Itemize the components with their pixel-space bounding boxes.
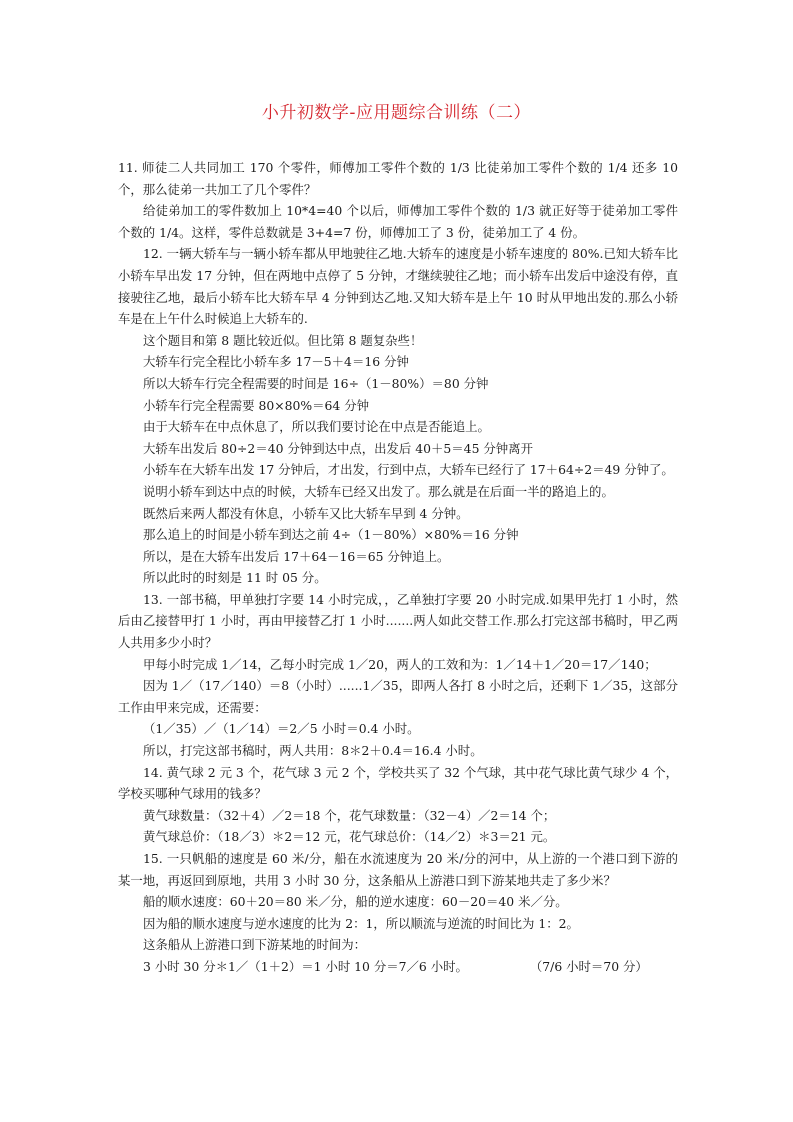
solution-line: 因为船的顺水速度与逆水速度的比为 2：1，所以顺流与逆流的时间比为 1：2。 — [118, 913, 678, 935]
problem-14-question: 14. 黄气球 2 元 3 个，花气球 3 元 2 个，学校共买了 32 个气球… — [118, 762, 678, 805]
solution-line: 3 小时 30 分＊1／（1＋2）＝1 小时 10 分＝7／6 小时。 （7/6… — [118, 956, 678, 978]
solution-line: 船的顺水速度：60＋20＝80 米／分，船的逆水速度：60－20＝40 米／分。 — [118, 891, 678, 913]
solution-line: 说明小轿车到达中点的时候，大轿车已经又出发了。那么就是在后面一半的路追上的。 — [118, 481, 678, 503]
solution-line: 小轿车行完全程需要 80×80%＝64 分钟 — [118, 395, 678, 417]
solution-line: 黄气球数量：（32＋4）／2＝18 个，花气球数量：（32－4）／2＝14 个； — [118, 805, 678, 827]
solution-line: 既然后来两人都没有休息，小轿车又比大轿车早到 4 分钟。 — [118, 503, 678, 525]
solution-line: 所以，是在大轿车出发后 17＋64－16＝65 分钟追上。 — [118, 546, 678, 568]
solution-line: 因为 1／（17／140）＝8（小时）......1／35，即两人各打 8 小时… — [118, 675, 678, 718]
solution-line: 所以，打完这部书稿时，两人共用：8＊2＋0.4＝16.4 小时。 — [118, 740, 678, 762]
problem-13-question: 13. 一部书稿，甲单独打字要 14 小时完成，，乙单独打字要 20 小时完成.… — [118, 589, 678, 654]
solution-line: 小轿车在大轿车出发 17 分钟后，才出发，行到中点，大轿车已经行了 17＋64÷… — [118, 459, 678, 481]
solution-line: 大轿车行完全程比小轿车多 17－5＋4＝16 分钟 — [118, 351, 678, 373]
solution-line: 这条船从上游港口到下游某地的时间为： — [118, 934, 678, 956]
problem-11-solution: 给徒弟加工的零件数加上 10*4=40 个以后，师傅加工零件个数的 1/3 就正… — [118, 200, 678, 243]
solution-line: 所以大轿车行完全程需要的时间是 16÷（1－80%）＝80 分钟 — [118, 373, 678, 395]
solution-line: 黄气球总价：（18／3）＊2＝12 元，花气球总价：（14／2）＊3＝21 元。 — [118, 826, 678, 848]
solution-line: （1／35）／（1／14）＝2／5 小时＝0.4 小时。 — [118, 718, 678, 740]
problem-12-question: 12. 一辆大轿车与一辆小轿车都从甲地驶往乙地.大轿车的速度是小轿车速度的 80… — [118, 243, 678, 329]
solution-line: 大轿车出发后 80÷2＝40 分钟到达中点，出发后 40＋5＝45 分钟离开 — [118, 438, 678, 460]
problem-11-question: 11. 师徒二人共同加工 170 个零件，师傅加工零件个数的 1/3 比徒弟加工… — [118, 157, 678, 200]
problem-15-question: 15. 一只帆船的速度是 60 米/分，船在水流速度为 20 米/分的河中，从上… — [118, 848, 678, 891]
document-title: 小升初数学-应用题综合训练（二） — [0, 101, 793, 125]
solution-line: 这个题目和第 8 题比较近似。但比第 8 题复杂些！ — [118, 330, 678, 352]
document-page: 小升初数学-应用题综合训练（二） 11. 师徒二人共同加工 170 个零件，师傅… — [0, 0, 793, 1122]
solution-line: 甲每小时完成 1／14，乙每小时完成 1／20，两人的工效和为：1／14＋1／2… — [118, 654, 678, 676]
solution-line: 由于大轿车在中点休息了，所以我们要讨论在中点是否能追上。 — [118, 416, 678, 438]
solution-line: 那么追上的时间是小轿车到达之前 4÷（1－80%）×80%＝16 分钟 — [118, 524, 678, 546]
document-body: 11. 师徒二人共同加工 170 个零件，师傅加工零件个数的 1/3 比徒弟加工… — [118, 157, 678, 978]
solution-line: 所以此时的时刻是 11 时 05 分。 — [118, 567, 678, 589]
